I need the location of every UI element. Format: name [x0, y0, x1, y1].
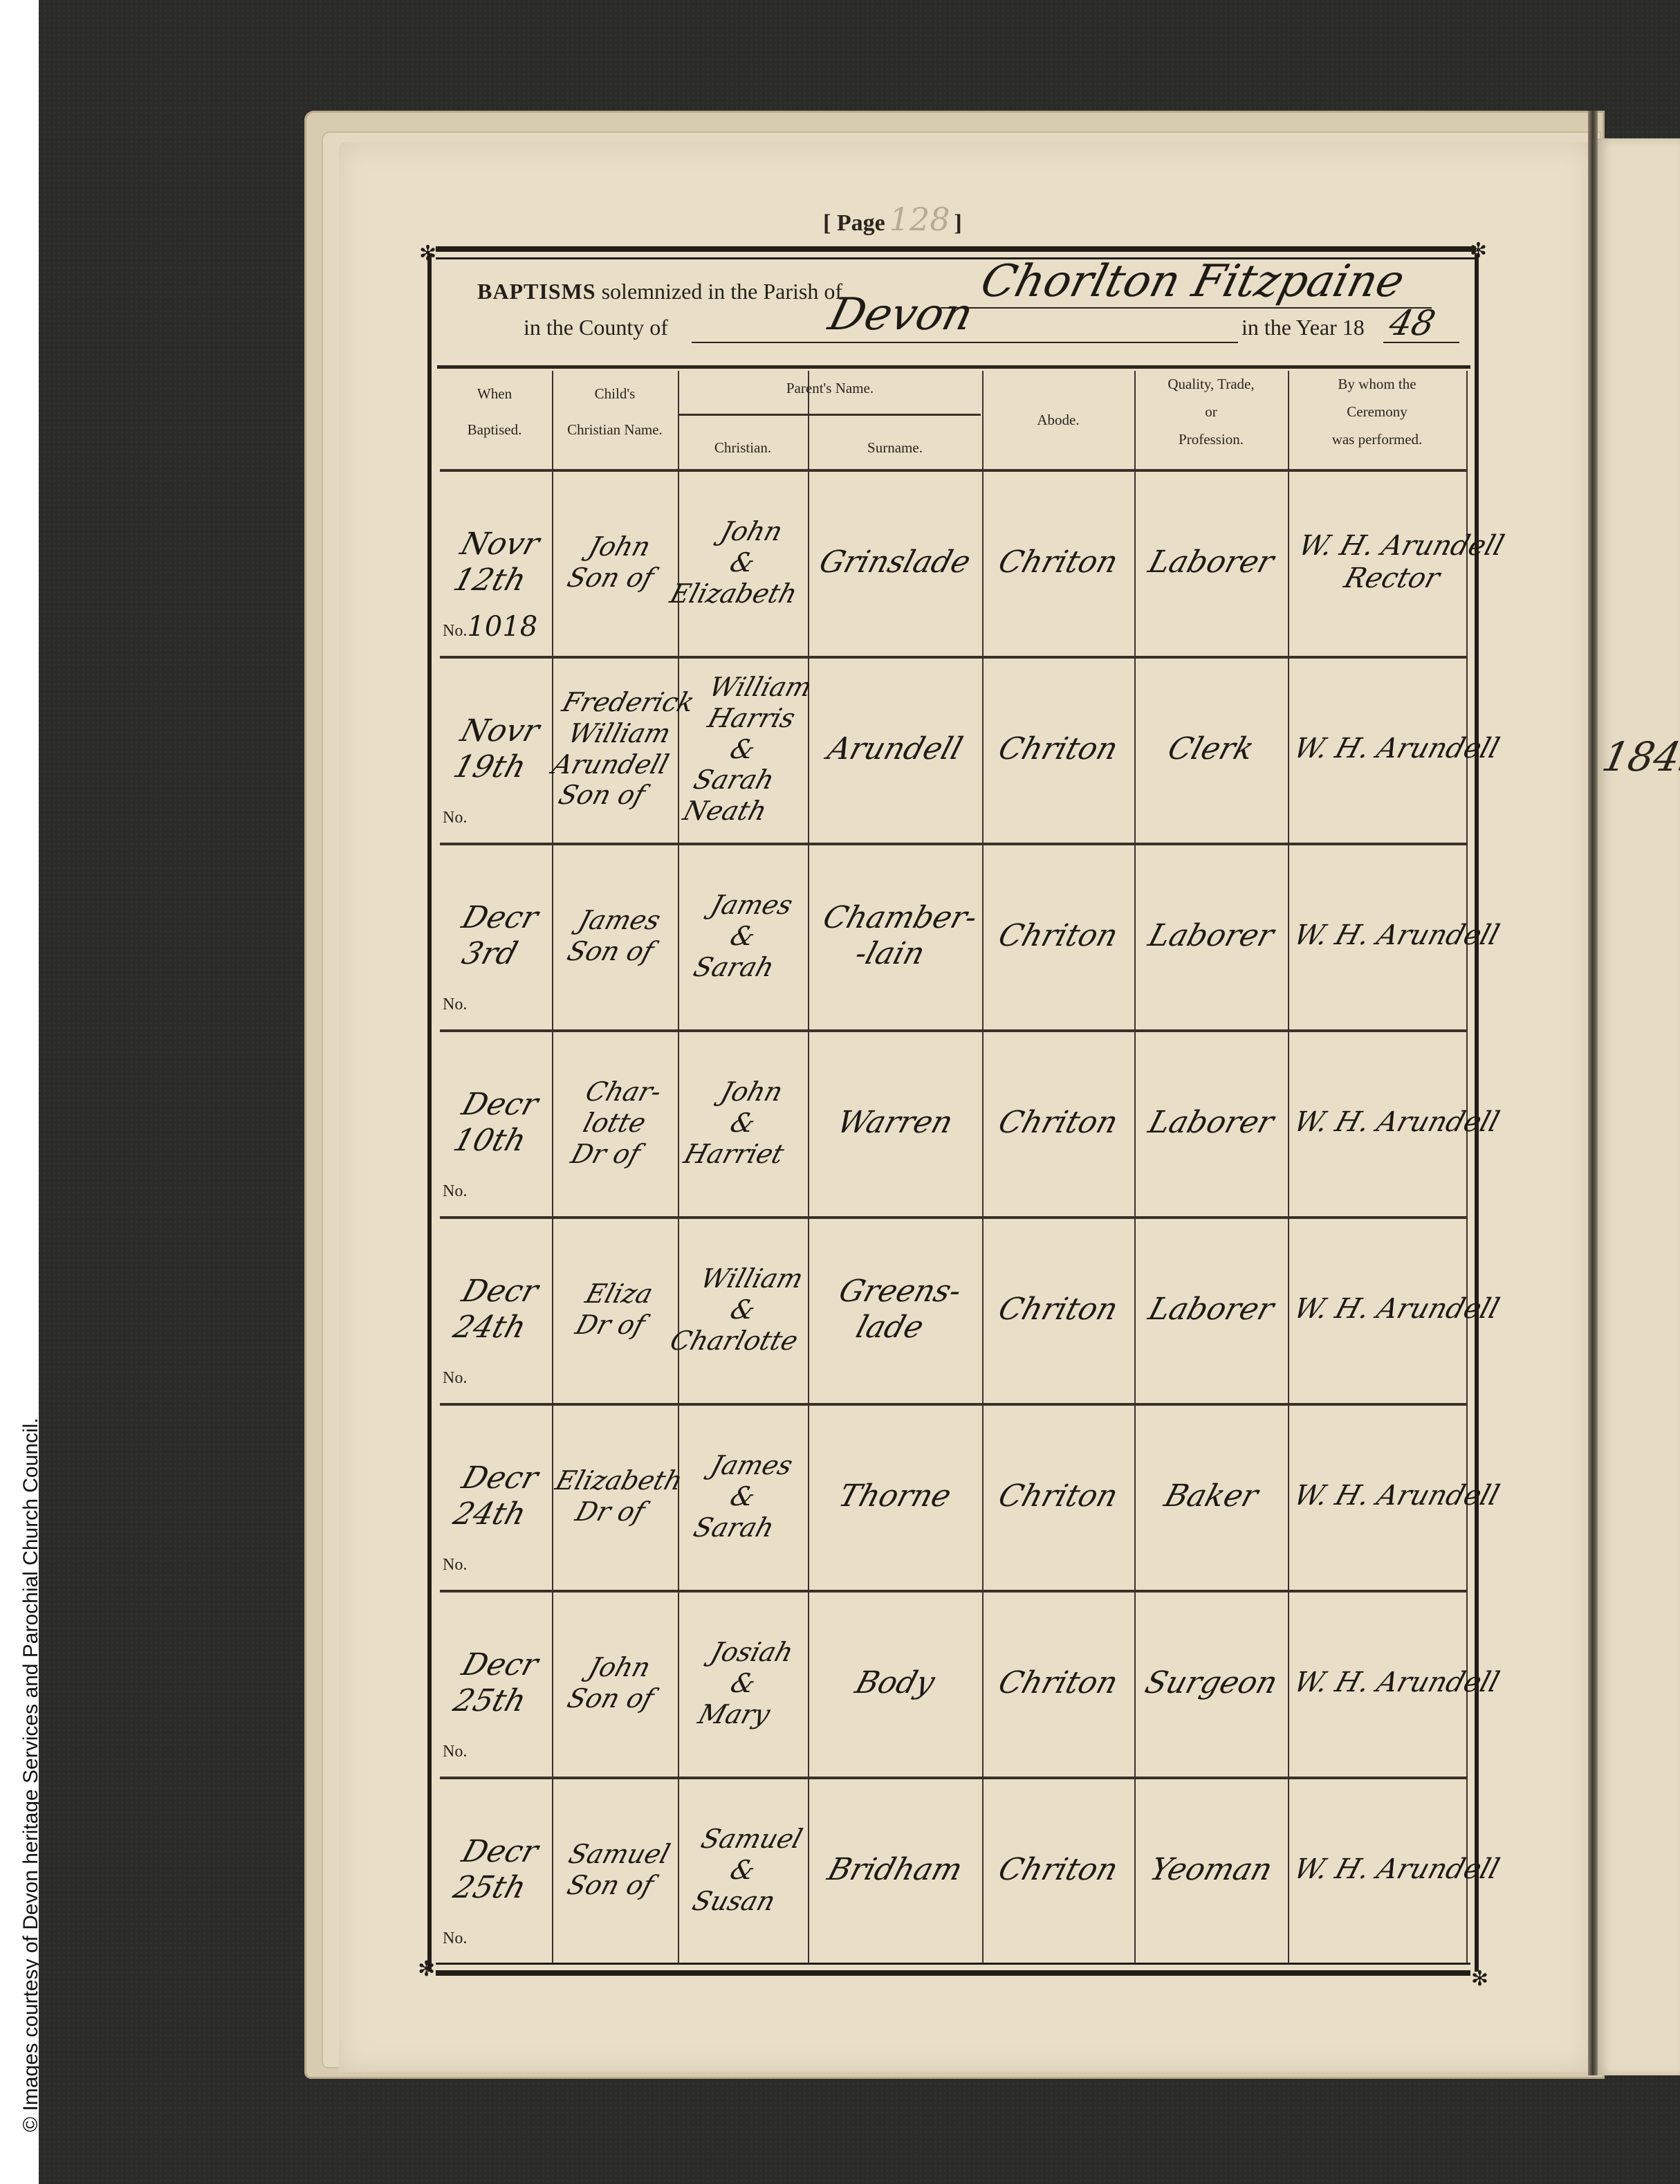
cell-by-whom: W. H. Arundell [1288, 1590, 1502, 1777]
year-label: in the Year 18 [1241, 315, 1365, 340]
cell-parent-christian: William & Charlotte [678, 1216, 808, 1403]
cell-abode: Chriton [982, 1029, 1134, 1216]
header-rule [437, 365, 1470, 369]
table-row: Decr 24th No. Eliza Dr of William & Char… [437, 1216, 1470, 1403]
entry-number: No.1018 [443, 611, 537, 643]
cell-parent-surname: Thorne [808, 1403, 982, 1590]
cell-abode: Chriton [982, 1590, 1134, 1777]
entry-number: No. [443, 1918, 467, 1951]
county-name: Devon [824, 289, 979, 340]
header-parent-surname: Surname. [808, 434, 982, 462]
cell-parent-surname: Bridham [808, 1777, 982, 1963]
header-child-name: Child's Christian Name. [552, 380, 678, 444]
cell-child-name: Samuel Son of [552, 1777, 678, 1963]
table-row: Decr 24th No. Elizabeth Dr of James & Sa… [437, 1403, 1470, 1590]
facing-page-margin-note: 1849 [1598, 733, 1680, 780]
corner-asterisk-icon: ✻ [419, 244, 436, 264]
cell-by-whom: W. H. Arundell [1288, 1403, 1502, 1590]
cell-parent-christian: James & Sarah [678, 843, 808, 1029]
frame-rule [427, 253, 432, 1972]
entry-number: No. [443, 1732, 467, 1764]
cell-quality: Yeoman [1134, 1777, 1288, 1963]
entry-number: No. [443, 798, 467, 830]
page-number-value: 128 [889, 201, 950, 238]
cell-child-name: Frederick William Arundell Son of [552, 656, 678, 843]
cell-abode: Chriton [982, 469, 1134, 656]
frame-rule [436, 1970, 1470, 1976]
register-title: BAPTISMS solemnized in the Parish of [477, 279, 842, 304]
entry-number: No. [443, 1171, 467, 1204]
cell-parent-surname: Warren [808, 1029, 982, 1216]
cell-by-whom: W. H. Arundell [1288, 656, 1502, 843]
cell-parent-surname: Arundell [808, 656, 982, 843]
facing-page [1598, 138, 1680, 2075]
cell-child-name: Elizabeth Dr of [552, 1403, 678, 1590]
county-label: in the County of [524, 315, 668, 340]
entry-number: No. [443, 1545, 467, 1577]
cell-parent-surname: Chamber- -lain [808, 843, 982, 1029]
table-row: Novr 19th No. Frederick William Arundell… [437, 656, 1470, 843]
cell-quality: Baker [1134, 1403, 1288, 1590]
cell-child-name: John Son of [552, 469, 678, 656]
frame-rule [436, 246, 1476, 252]
header-abode: Abode. [982, 407, 1134, 434]
cell-quality: Surgeon [1134, 1590, 1288, 1777]
cell-parent-christian: William Harris & Sarah Neath [678, 656, 808, 843]
credit-strip: © Images courtesy of Devon heritage Serv… [0, 0, 39, 2184]
table-row: Decr 25th No. Samuel Son of Samuel & Sus… [437, 1777, 1470, 1963]
cell-parent-surname: Greens- lade [808, 1216, 982, 1403]
baptism-register-table: When Baptised. Child's Christian Name. P… [437, 365, 1470, 1963]
cell-by-whom: W. H. Arundell [1288, 1777, 1502, 1963]
cell-parent-christian: John & Elizabeth [678, 469, 808, 656]
cell-abode: Chriton [982, 1403, 1134, 1590]
table-row: Decr 25th No. John Son of Josiah & Mary … [437, 1590, 1470, 1777]
cell-by-whom: W. H. Arundell Rector [1288, 469, 1502, 656]
cell-by-whom: W. H. Arundell [1288, 843, 1502, 1029]
cell-abode: Chriton [982, 1777, 1134, 1963]
cell-abode: Chriton [982, 843, 1134, 1029]
county-fill-line [692, 342, 1238, 343]
table-row: Novr 12th No.1018 John Son of John & Eli… [437, 469, 1470, 656]
parish-fill-line [941, 307, 1432, 309]
cell-parent-christian: Josiah & Mary [678, 1590, 808, 1777]
cell-abode: Chriton [982, 656, 1134, 843]
entry-number: No. [443, 1358, 467, 1391]
header-parents-name: Parent's Name. [678, 375, 982, 403]
cell-child-name: Eliza Dr of [552, 1216, 678, 1403]
cell-quality: Laborer [1134, 843, 1288, 1029]
cell-parent-christian: James & Sarah [678, 1403, 808, 1590]
table-row: Decr 10th No. Char- lotte Dr of John & H… [437, 1029, 1470, 1216]
cell-parent-christian: John & Harriet [678, 1029, 808, 1216]
cell-quality: Clerk [1134, 656, 1288, 843]
cell-child-name: John Son of [552, 1590, 678, 1777]
cell-quality: Laborer [1134, 469, 1288, 656]
header-parent-christian: Christian. [678, 434, 808, 462]
cell-quality: Laborer [1134, 1029, 1288, 1216]
cell-child-name: James Son of [552, 843, 678, 1029]
cell-parent-surname: Body [808, 1590, 982, 1777]
cell-parent-surname: Grinslade [808, 469, 982, 656]
header-quality-trade: Quality, Trade, or Profession. [1134, 371, 1288, 454]
page-number: [ Page128] [823, 201, 962, 238]
corner-asterisk-icon: ✻ [1471, 1969, 1488, 1990]
parish-name: Chorlton Fitzpaine [976, 256, 1410, 307]
book-gutter [1588, 111, 1598, 2075]
corner-asterisk-icon: ✻ [1470, 241, 1487, 261]
cell-quality: Laborer [1134, 1216, 1288, 1403]
corner-asterisk-icon: ✻ [418, 1959, 435, 1980]
cell-abode: Chriton [982, 1216, 1134, 1403]
table-row: Decr 3rd No. James Son of James & Sarah … [437, 843, 1470, 1029]
header-when-baptised: When Baptised. [437, 380, 552, 444]
header-by-whom: By whom the Ceremony was performed. [1288, 371, 1466, 454]
cell-child-name: Char- lotte Dr of [552, 1029, 678, 1216]
entry-number: No. [443, 984, 467, 1017]
cell-by-whom: W. H. Arundell [1288, 1216, 1502, 1403]
parents-subheader-rule [679, 414, 981, 416]
cell-by-whom: W. H. Arundell [1288, 1029, 1502, 1216]
cell-parent-christian: Samuel & Susan [678, 1777, 808, 1963]
